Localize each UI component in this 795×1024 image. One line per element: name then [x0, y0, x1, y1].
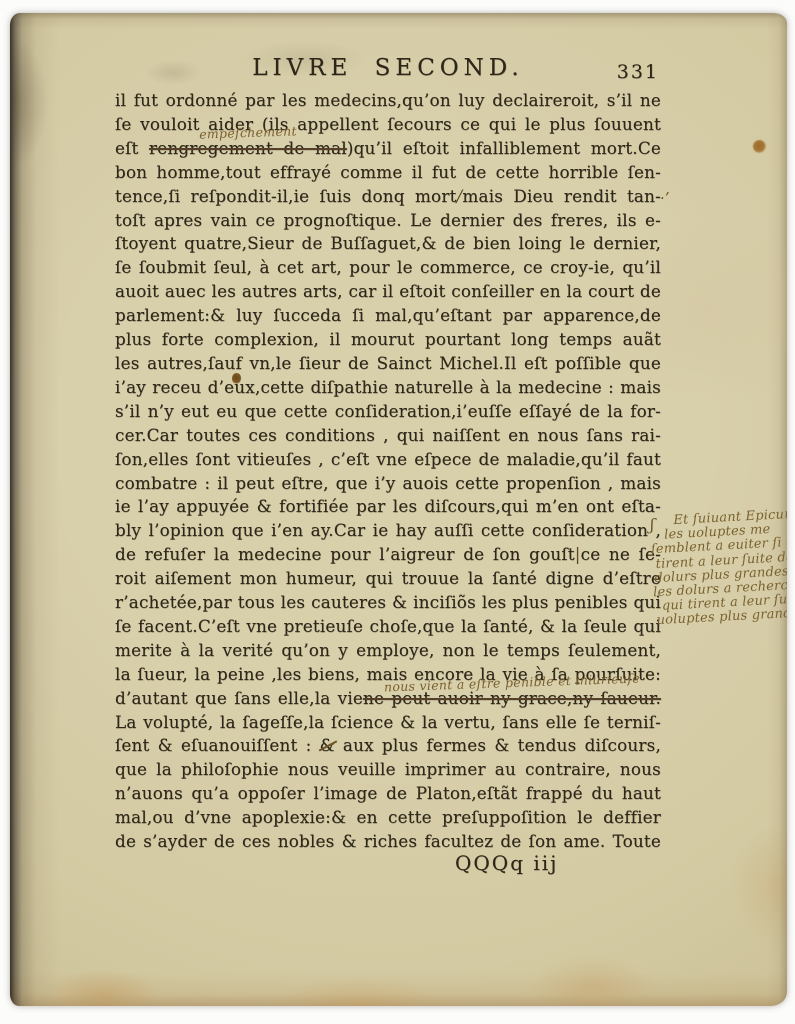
insertion-mark: ʃ	[650, 515, 654, 534]
text-line: eſt rengregement de malempeſchement)qu’i…	[115, 137, 661, 161]
text-line: ſon,elles ſont vitieuſes , c’eſt vne eſp…	[115, 448, 661, 472]
text-line: cer.Car toutes ces conditions , qui naiſ…	[115, 424, 661, 448]
text-line: n’auons qu’a oppoſer l’image de Platon,e…	[115, 782, 661, 806]
page-number: 331	[617, 61, 659, 83]
text-line: bly l’opinion que i’en ay.Car ie hay auſ…	[115, 519, 661, 543]
text-line: i’ay receu d’eux,cette diſpathie naturel…	[115, 376, 661, 400]
text-line: les autres,ſauf vn,le ſieur de Sainct Mi…	[115, 352, 661, 376]
text-line: ie l’ay appuyée & fortifiée par les diſc…	[115, 495, 661, 519]
text-line: toſt apres vain ce prognoſtique. Le dern…	[115, 209, 661, 233]
text-line: il fut ordonné par les medecins,qu’on lu…	[115, 89, 661, 113]
text-line: que la philoſophie nous veuille imprimer…	[115, 758, 661, 782]
text-line: merite à la verité qu’on y employe, non …	[115, 639, 661, 663]
fox-spot	[753, 140, 766, 153]
text-line: ſe ſoubmit ſeul, à cet art, pour le comm…	[115, 256, 661, 280]
text-line: plus forte complexion, il mourut pourtan…	[115, 328, 661, 352]
text-line: auoit auec les autres arts, car il eſtoi…	[115, 280, 661, 304]
margin-annotation: Et ſuiuant Epicurles uoluptes meſemblent…	[643, 506, 787, 629]
crossed-ampersand: &	[320, 734, 335, 758]
text-line: mal,ou d’vne apoplexie:& en cette preſup…	[115, 806, 661, 830]
text-line: ſe facent.C’eſt vne pretieuſe choſe,que …	[115, 615, 661, 639]
scanned-book-page: LIVRE SECOND. 331 il fut ordonné par les…	[10, 13, 787, 1006]
text-line: parlement:& luy ſucceda ſi mal,qu’eſtant…	[115, 304, 661, 328]
text-line: de s’ayder de ces nobles & riches facult…	[115, 830, 661, 854]
strikethrough-text: rengregement de mal	[149, 138, 347, 158]
text-line: ſtoyent quatre,Sieur de Buſſaguet,& de b…	[115, 232, 661, 256]
text-line: bon homme,tout effrayé comme il fut de c…	[115, 161, 661, 185]
text-line: ſe vouloit aider (ils appellent ſecours …	[115, 113, 661, 137]
text-line: ſent & eſuanouiſſent : & aux plus fermes…	[115, 734, 661, 758]
signature-mark: QQQq iij	[455, 851, 558, 875]
page-header: LIVRE SECOND. 331	[115, 55, 661, 85]
text-line: combatre : il peut eſtre, que i’y auois …	[115, 472, 661, 496]
interlinear-correction: empeſchement	[199, 125, 297, 140]
text-line: La volupté, la ſageſſe,la ſcience & la v…	[115, 711, 661, 735]
body-text: il fut ordonné par les medecins,qu’on lu…	[115, 89, 661, 854]
text-line: r’achetée,par tous les cauteres & inciſi…	[115, 591, 661, 615]
text-line: tence,ſi reſpondit-il,ie ſuis donq mort/…	[115, 185, 661, 209]
text-line: s’il n’y eut eu que cette conſideration,…	[115, 400, 661, 424]
insertion-mark: ·’	[660, 189, 670, 207]
text-line: roit aiſement mon humeur, qui trouue la …	[115, 567, 661, 591]
text-line: d’autant que ſans elle,la viene peut auo…	[115, 687, 661, 711]
text-line: de refuſer la medecine pour l’aigreur de…	[115, 543, 661, 567]
running-title: LIVRE SECOND.	[115, 55, 661, 81]
